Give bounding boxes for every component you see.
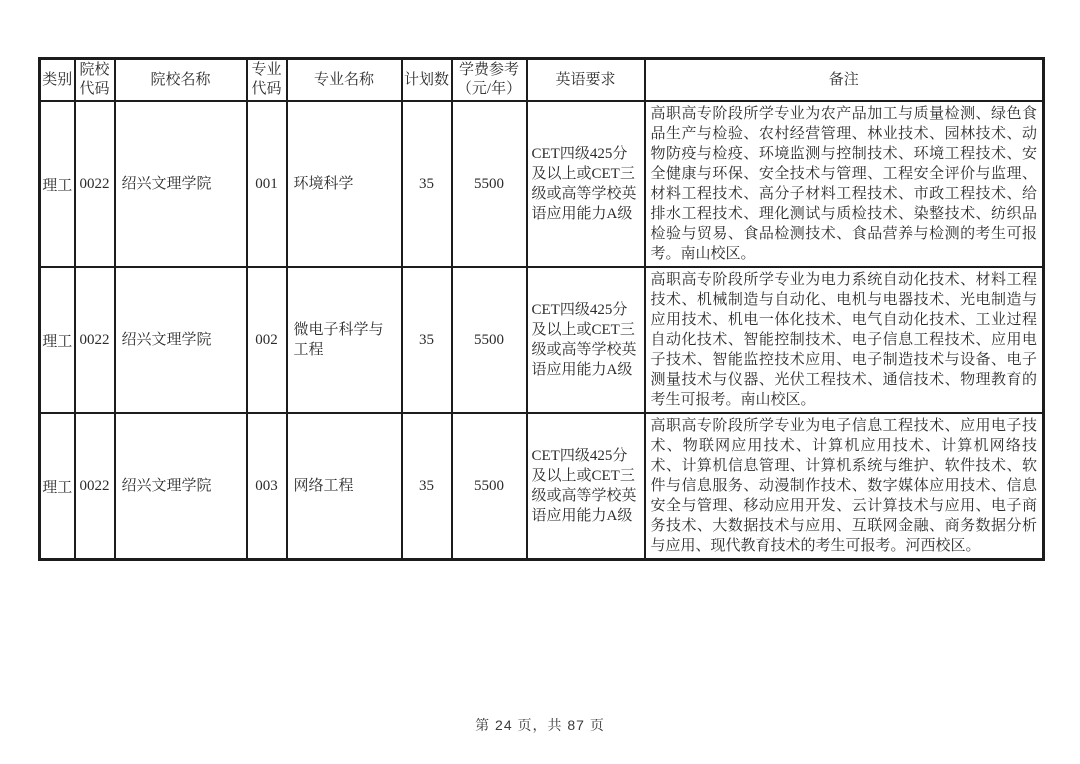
- cell-major-code: 001: [247, 101, 287, 267]
- header-remarks: 备注: [645, 59, 1044, 102]
- table-row: 理工 0022 绍兴文理学院 002 微电子科学与工程 35 5500 CET四…: [40, 267, 1044, 413]
- cell-plan-count: 35: [402, 101, 452, 267]
- header-college-name: 院校名称: [115, 59, 247, 102]
- cell-college-name: 绍兴文理学院: [115, 413, 247, 560]
- table-row: 理工 0022 绍兴文理学院 003 网络工程 35 5500 CET四级425…: [40, 413, 1044, 560]
- document-page: 类别 院校 代码 院校名称 专业 代码 专业名称 计划数 学费参考 （元/年） …: [0, 0, 1080, 764]
- cell-tuition: 5500: [452, 267, 527, 413]
- cell-major-code: 002: [247, 267, 287, 413]
- admissions-table: 类别 院校 代码 院校名称 专业 代码 专业名称 计划数 学费参考 （元/年） …: [38, 57, 1045, 561]
- cell-remarks: 高职高专阶段所学专业为农产品加工与质量检测、绿色食品生产与检验、农村经营管理、林…: [645, 101, 1044, 267]
- cell-category: 理工: [40, 413, 75, 560]
- cell-category: 理工: [40, 101, 75, 267]
- page-number-indicator: 第 24 页，共 87 页: [0, 715, 1080, 735]
- cell-english-req: CET四级425分及以上或CET三级或高等学校英语应用能力A级: [527, 267, 645, 413]
- table-header-row: 类别 院校 代码 院校名称 专业 代码 专业名称 计划数 学费参考 （元/年） …: [40, 59, 1044, 102]
- cell-plan-count: 35: [402, 267, 452, 413]
- cell-tuition: 5500: [452, 413, 527, 560]
- cell-college-code: 0022: [75, 267, 115, 413]
- cell-major-code: 003: [247, 413, 287, 560]
- header-tuition: 学费参考 （元/年）: [452, 59, 527, 102]
- cell-english-req: CET四级425分及以上或CET三级或高等学校英语应用能力A级: [527, 413, 645, 560]
- cell-tuition: 5500: [452, 101, 527, 267]
- table-row: 理工 0022 绍兴文理学院 001 环境科学 35 5500 CET四级425…: [40, 101, 1044, 267]
- cell-plan-count: 35: [402, 413, 452, 560]
- cell-college-code: 0022: [75, 101, 115, 267]
- header-major-name: 专业名称: [287, 59, 402, 102]
- cell-college-name: 绍兴文理学院: [115, 267, 247, 413]
- cell-english-req: CET四级425分及以上或CET三级或高等学校英语应用能力A级: [527, 101, 645, 267]
- cell-major-name: 网络工程: [287, 413, 402, 560]
- header-major-code: 专业 代码: [247, 59, 287, 102]
- cell-college-code: 0022: [75, 413, 115, 560]
- cell-college-name: 绍兴文理学院: [115, 101, 247, 267]
- header-college-code: 院校 代码: [75, 59, 115, 102]
- header-category: 类别: [40, 59, 75, 102]
- cell-category: 理工: [40, 267, 75, 413]
- cell-major-name: 微电子科学与工程: [287, 267, 402, 413]
- cell-remarks: 高职高专阶段所学专业为电力系统自动化技术、材料工程技术、机械制造与自动化、电机与…: [645, 267, 1044, 413]
- cell-major-name: 环境科学: [287, 101, 402, 267]
- cell-remarks: 高职高专阶段所学专业为电子信息工程技术、应用电子技术、物联网应用技术、计算机应用…: [645, 413, 1044, 560]
- header-english-req: 英语要求: [527, 59, 645, 102]
- header-plan-count: 计划数: [402, 59, 452, 102]
